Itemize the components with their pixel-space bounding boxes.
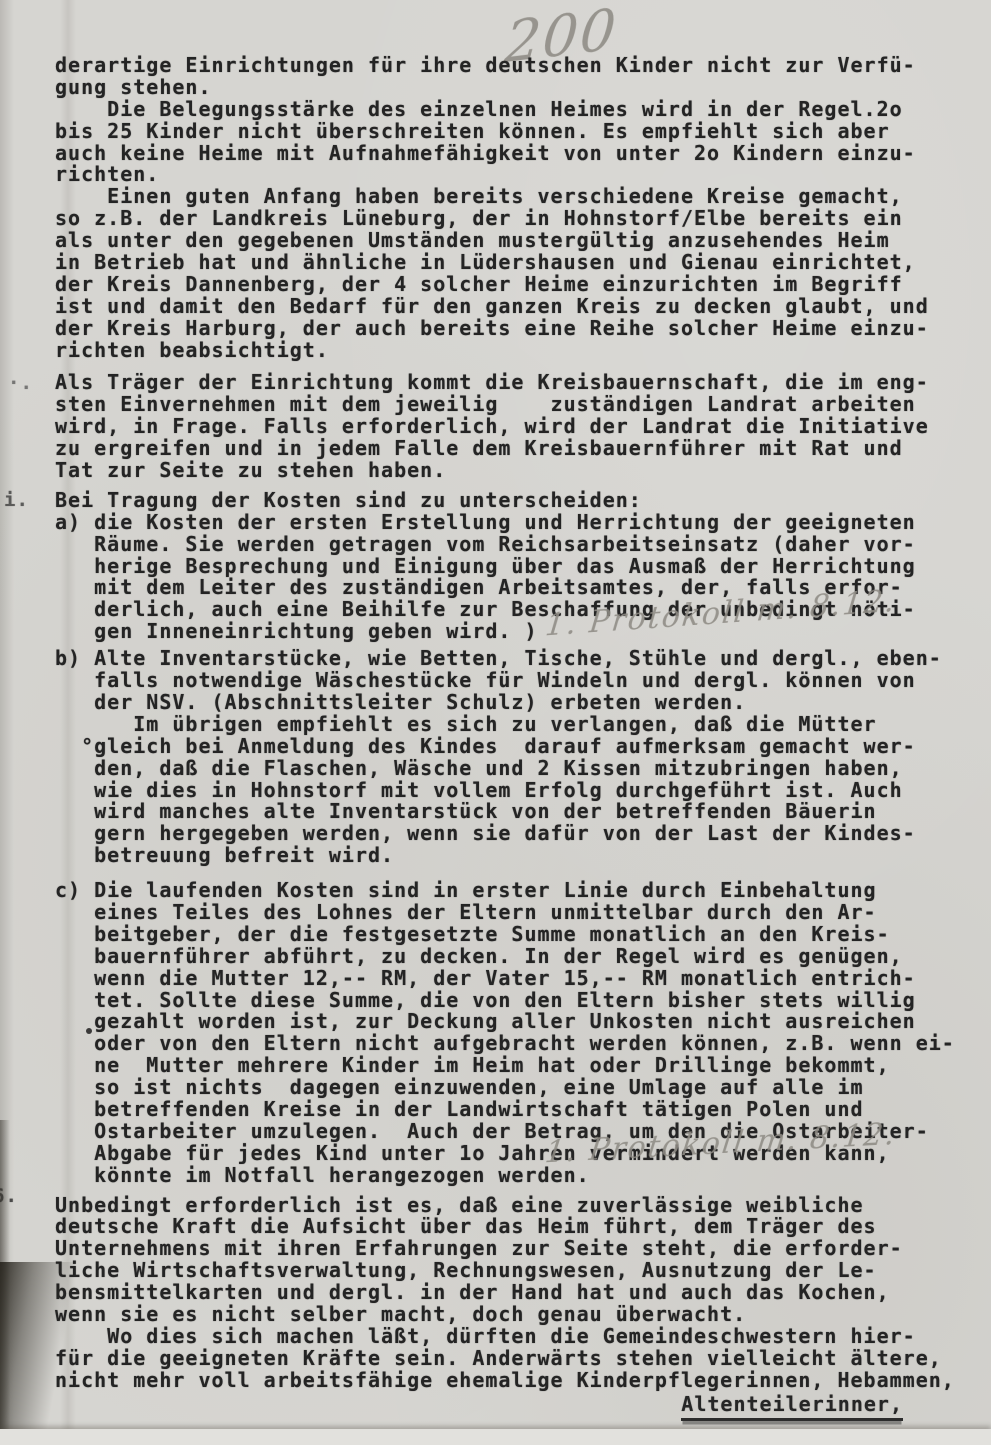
text-line: wird, in Frage. Falls erforderlich, wird… [55, 416, 970, 438]
text-line: c) Die laufenden Kosten sind in erster L… [55, 880, 970, 902]
item-kosten-heading: Bei Tragung der Kosten sind zu untersche… [55, 490, 970, 512]
text-line: in Betrieb hat und ähnliche in Lüdershau… [55, 252, 970, 274]
text-line: Bei Tragung der Kosten sind zu untersche… [55, 490, 970, 512]
margin-marker-item4: ·. [8, 372, 33, 394]
document-body: derartige Einrichtungen für ihre deutsch… [55, 55, 970, 1392]
text-line: Die Belegungsstärke des einzelnen Heimes… [55, 99, 970, 121]
document-page: 200 derartige Einrichtungen für ihre deu… [0, 0, 991, 1445]
text-line: derartige Einrichtungen für ihre deutsch… [55, 55, 970, 77]
text-line: Räume. Sie werden getragen vom Reichsarb… [55, 534, 970, 556]
text-line: °gleich bei Anmeldung des Kindes darauf … [55, 736, 970, 758]
text-line: deutsche Kraft die Aufsicht über das Hei… [55, 1216, 970, 1238]
item-kosten-a: a) die Kosten der ersten Erstellung und … [55, 512, 970, 643]
text-line: auch keine Heime mit Aufnahmefähigkeit v… [55, 143, 970, 165]
text-line: könnte im Notfall herangezogen werden. [55, 1165, 970, 1187]
para-belegungsstaerke: Die Belegungsstärke des einzelnen Heimes… [55, 99, 970, 187]
catchword: Altenteilerinner, [681, 1392, 903, 1421]
text-line: so ist nichts dagegen einzuwenden, eine … [55, 1077, 970, 1099]
text-line: bis 25 Kinder nicht überschreiten können… [55, 121, 970, 143]
text-line: Unternehmens mit ihren Erfahrungen zur S… [55, 1238, 970, 1260]
text-line: Im übrigen empfiehlt es sich zu verlange… [55, 714, 970, 736]
text-line: gezahlt worden ist, zur Deckung aller Un… [55, 1011, 970, 1033]
text-line: wenn die Mutter 12,-- RM, der Vater 15,-… [55, 968, 970, 990]
text-line: richten. [55, 164, 970, 186]
text-line: Einen guten Anfang haben bereits verschi… [55, 186, 970, 208]
item-aufsicht: Unbedingt erforderlich ist es, daß eine … [55, 1195, 970, 1392]
text-line: betreffenden Kreise in der Landwirtschaf… [55, 1099, 970, 1121]
text-line: wenn sie es nicht selber macht, doch gen… [55, 1304, 970, 1326]
text-line: Unbedingt erforderlich ist es, daß eine … [55, 1195, 970, 1217]
margin-dot [86, 1028, 92, 1034]
text-line: richten beabsichtigt. [55, 340, 970, 362]
text-line: herige Besprechung und Einigung über das… [55, 556, 970, 578]
text-line: ne Mutter mehrere Kinder im Heim hat ode… [55, 1055, 970, 1077]
intro-continuation: derartige Einrichtungen für ihre deutsch… [55, 55, 970, 99]
text-line: liche Wirtschaftsverwaltung, Rechnungswe… [55, 1260, 970, 1282]
item-kosten-b: b) Alte Inventarstücke, wie Betten, Tisc… [55, 648, 970, 867]
para-guter-anfang: Einen guten Anfang haben bereits verschi… [55, 186, 970, 361]
text-line: gern hergegeben werden, wenn sie dafür v… [55, 823, 970, 845]
text-line: sten Einvernehmen mit dem jeweilig zustä… [55, 394, 970, 416]
text-line: beitgeber, der die festgesetzte Summe mo… [55, 924, 970, 946]
text-line: der Kreis Dannenberg, der 4 solcher Heim… [55, 274, 970, 296]
text-line: der Kreis Harburg, der auch bereits eine… [55, 318, 970, 340]
scan-edge-left [0, 1120, 10, 1445]
text-line: betreuung befreit wird. [55, 845, 970, 867]
text-line: falls notwendige Wäschestücke für Windel… [55, 670, 970, 692]
text-line: wie dies in Hohnstorf mit vollem Erfolg … [55, 780, 970, 802]
text-line: Tat zur Seite zu stehen haben. [55, 460, 970, 482]
text-line: tet. Sollte diese Summe, die von den Elt… [55, 990, 970, 1012]
margin-marker-item6: 6. [0, 1185, 18, 1207]
text-line: gen Inneneinrichtung geben wird. ) [55, 621, 970, 643]
text-line: gung stehen. [55, 77, 970, 99]
scan-edge-bottom [0, 1429, 991, 1445]
text-line: für die geeigneten Kräfte sein. Anderwär… [55, 1348, 970, 1370]
text-line: der NSV. (Abschnittsleiter Schulz) erbet… [55, 692, 970, 714]
text-line: eines Teiles des Lohnes der Eltern unmit… [55, 902, 970, 924]
text-line: zu ergreifen und in jedem Falle dem Krei… [55, 438, 970, 460]
text-line: als unter den gegebenen Umständen muster… [55, 230, 970, 252]
text-line: nicht mehr voll arbeitsfähige ehemalige … [55, 1370, 970, 1392]
item-traeger: Als Träger der Einrichtung kommt die Kre… [55, 372, 970, 481]
text-line: den, daß die Flaschen, Wäsche und 2 Kiss… [55, 758, 970, 780]
text-line: b) Alte Inventarstücke, wie Betten, Tisc… [55, 648, 970, 670]
text-line: wird manches alte Inventarstück von der … [55, 801, 970, 823]
text-line: so z.B. der Landkreis Lüneburg, der in H… [55, 208, 970, 230]
text-line: bauernführer abführt, zu decken. In der … [55, 946, 970, 968]
text-line: bensmittelkarten und dergl. in der Hand … [55, 1282, 970, 1304]
margin-marker-item5: i. [4, 489, 29, 511]
text-line: a) die Kosten der ersten Erstellung und … [55, 512, 970, 534]
text-line: Als Träger der Einrichtung kommt die Kre… [55, 372, 970, 394]
text-line: oder von den Eltern nicht aufgebracht we… [55, 1033, 970, 1055]
text-line: Wo dies sich machen läßt, dürften die Ge… [55, 1326, 970, 1348]
text-line: ist und damit den Bedarf für den ganzen … [55, 296, 970, 318]
